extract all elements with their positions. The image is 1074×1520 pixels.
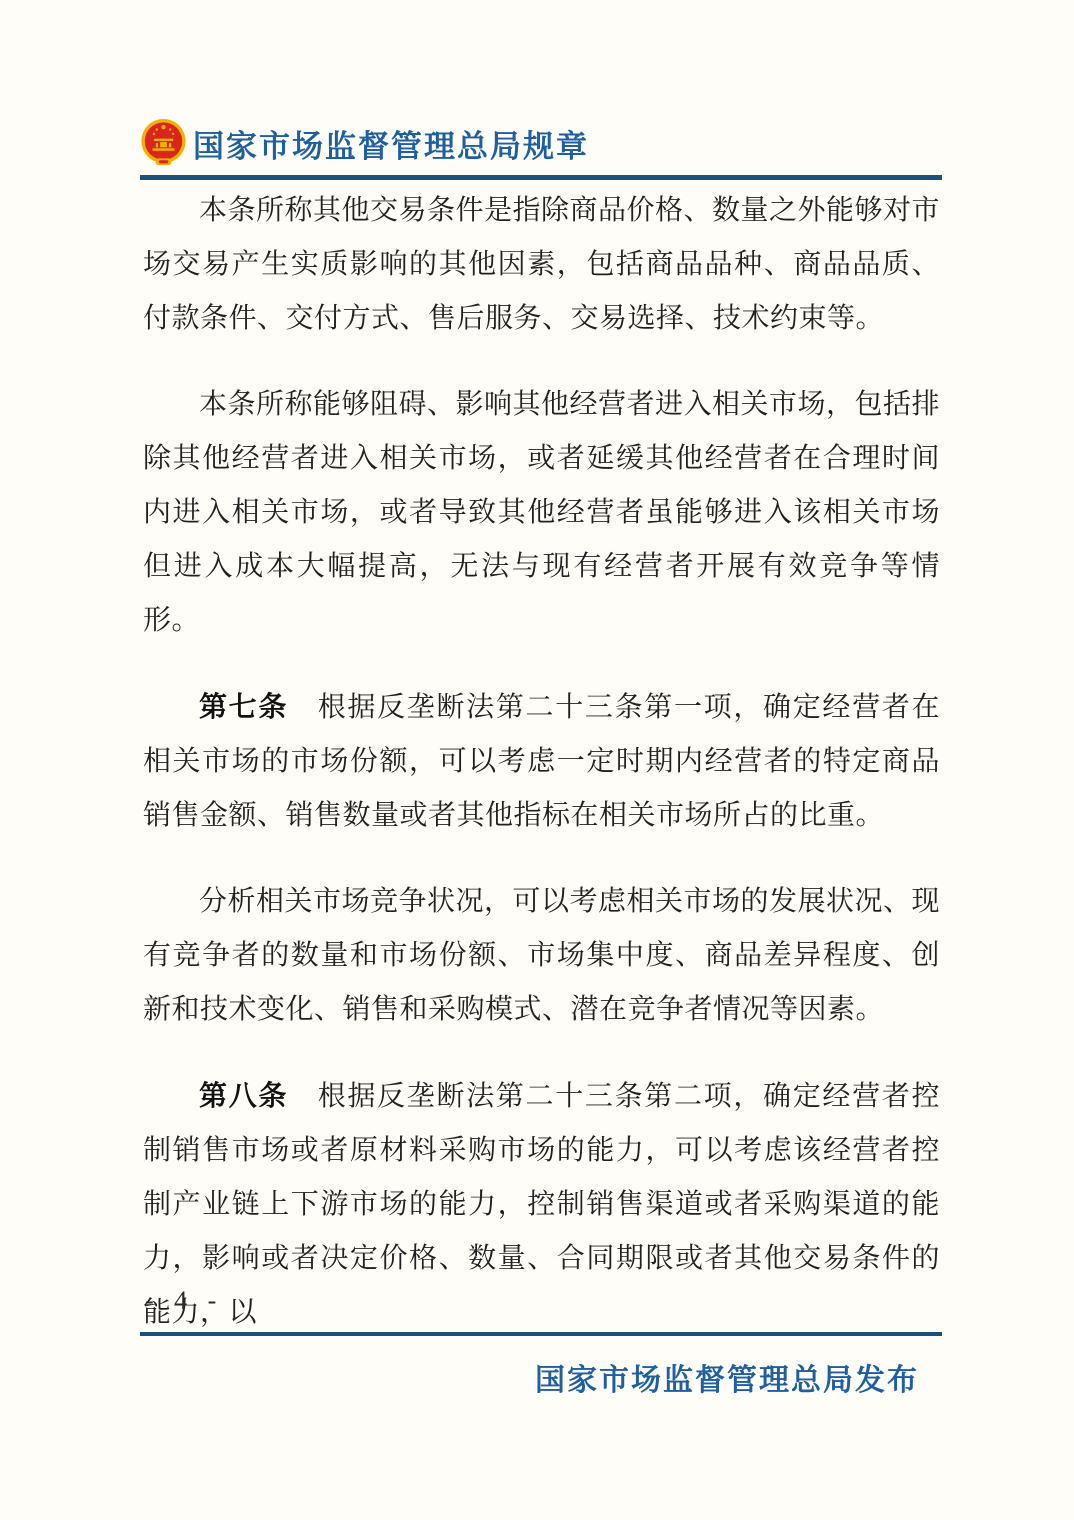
document-body: 本条所称其他交易条件是指除商品价格、数量之外能够对市场交易产生实质影响的其他因素…	[143, 184, 940, 1372]
body-paragraph: 第七条 根据反垄断法第二十三条第一项，确定经营者在相关市场的市场份额，可以考虑一…	[143, 680, 940, 843]
body-paragraph: 分析相关市场竞争状况，可以考虑相关市场的发展状况、现有竞争者的数量和市场份额、市…	[143, 875, 940, 1037]
document-category-title: 国家市场监督管理总局规章	[193, 121, 589, 166]
document-header: 国家市场监督管理总局规章	[140, 118, 942, 168]
body-paragraph: 本条所称其他交易条件是指除商品价格、数量之外能够对市场交易产生实质影响的其他因素…	[143, 184, 940, 346]
page-number: - 4 -	[145, 1286, 223, 1316]
paragraph-text: 本条所称能够阻碍、影响其他经营者进入相关市场，包括排除其他经营者进入相关市场，或…	[143, 389, 940, 636]
body-paragraph: 本条所称能够阻碍、影响其他经营者进入相关市场，包括排除其他经营者进入相关市场，或…	[143, 378, 940, 648]
document-page: 国家市场监督管理总局规章 本条所称其他交易条件是指除商品价格、数量之外能够对市场…	[0, 0, 1074, 1520]
article-number: 第八条	[199, 1080, 288, 1111]
body-paragraph: 第八条 根据反垄断法第二十三条第二项，确定经营者控制销售市场或者原材料采购市场的…	[143, 1069, 940, 1340]
paragraph-text: 分析相关市场竞争状况，可以考虑相关市场的发展状况、现有竞争者的数量和市场份额、市…	[143, 886, 940, 1025]
article-number: 第七条	[199, 691, 288, 722]
paragraph-text: 根据反垄断法第二十三条第二项，确定经营者控制销售市场或者原材料采购市场的能力，可…	[143, 1081, 940, 1328]
footer-divider	[140, 1332, 942, 1336]
paragraph-text: 本条所称其他交易条件是指除商品价格、数量之外能够对市场交易产生实质影响的其他因素…	[143, 195, 940, 334]
header-divider	[140, 175, 942, 180]
publisher-label: 国家市场监督管理总局发布	[535, 1355, 919, 1399]
national-emblem-icon	[140, 118, 187, 168]
